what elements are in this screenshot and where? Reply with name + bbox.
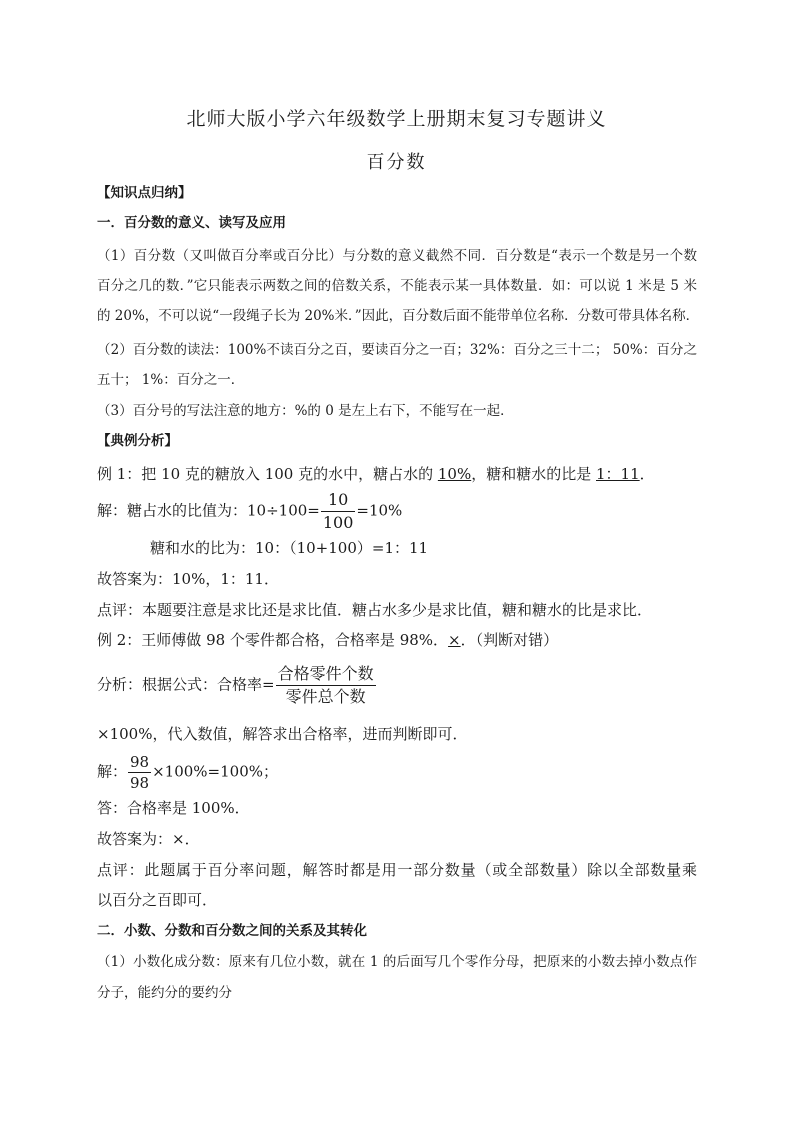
fraction-denominator: 100 [321, 512, 356, 534]
example-2-text-pre: 例 2：王师傅做 98 个零件都合格，合格率是 98%． [97, 631, 448, 649]
example-1-answer-2: 1：11 [596, 465, 640, 483]
section-2-paragraph-line-1: （1）小数化成分数：原来有几位小数，就在 1 的后面写几个零作分母，把原来的小数… [97, 952, 697, 972]
example-2-analysis-line-2: ×100%，代入数值，解答求出合格率，进而判断即可． [97, 724, 467, 744]
fraction-numerator: 98 [128, 752, 151, 773]
example-1-answer-1: 10% [438, 465, 471, 483]
fraction-denominator: 98 [128, 773, 151, 793]
example-1-question: 例 1：把 10 克的糖放入 100 克的水中，糖占水的 10%，糖和糖水的比是… [97, 464, 655, 484]
example-1-text-pre: 例 1：把 10 克的糖放入 100 克的水中，糖占水的 [97, 465, 438, 483]
example-2-answer-line: 答：合格率是 100%． [97, 798, 250, 818]
document-subtitle: 百分数 [0, 148, 793, 174]
fraction-pass-rate-formula: 合格零件个数零件总个数 [276, 663, 376, 708]
example-1-text-end: ． [640, 465, 655, 483]
example-2-solution-post: ×100%=100%； [152, 763, 278, 781]
paragraph-2-line-2: 五十； 1%：百分之一． [97, 370, 244, 390]
example-2-analysis: 分析：根据公式：合格率=合格零件个数零件总个数 [97, 663, 377, 708]
example-2-comment-line-1: 点评：此题属于百分率问题，解答时都是用一部分数量（或全部数量）除以全部数量乘 [97, 860, 697, 880]
document-title: 北师大版小学六年级数学上册期末复习专题讲义 [0, 104, 793, 131]
example-2-analysis-pre: 分析：根据公式：合格率= [97, 676, 275, 694]
example-1-comment: 点评：本题要注意是求比还是求比值．糖占水多少是求比值，糖和糖水的比是求比． [97, 600, 652, 620]
section-1-heading: 一．百分数的意义、读写及应用 [97, 213, 286, 233]
example-2-question: 例 2：王师傅做 98 个零件都合格，合格率是 98%．×．（判断对错） [97, 630, 558, 650]
example-2-solution: 解：9898×100%=100%； [97, 752, 278, 793]
example-2-final-answer: 故答案为：×． [97, 829, 200, 849]
fraction-10-over-100: 10100 [321, 489, 356, 534]
example-2-comment-line-2: 以百分之百即可． [97, 890, 217, 910]
example-2-solution-pre: 解： [97, 763, 127, 781]
section-2-paragraph-line-2: 分子，能约分的要约分 [97, 983, 232, 1003]
example-1-solution: 解：糖占水的比值为：10÷100=10100=10% [97, 489, 402, 534]
fraction-numerator: 10 [321, 489, 356, 512]
fraction-numerator: 合格零件个数 [276, 663, 376, 686]
example-1-text-mid: ，糖和糖水的比是 [471, 465, 596, 483]
example-1-answer-line: 故答案为：10%，1：11． [97, 569, 279, 589]
example-1-solution-line-2: 糖和水的比为：10：（10+100）=1：11 [150, 538, 428, 558]
paragraph-3: （3）百分号的写法注意的地方：%的 0 是左上右下，不能写在一起． [97, 401, 514, 421]
example-1-solution-post: =10% [356, 502, 402, 520]
knowledge-header: 【知识点归纳】 [97, 183, 192, 203]
example-1-solution-pre: 解：糖占水的比值为：10÷100= [97, 502, 320, 520]
fraction-denominator: 零件总个数 [276, 686, 376, 708]
section-2-heading: 二．小数、分数和百分数之间的关系及其转化 [97, 921, 367, 941]
paragraph-1-line-2: 百分之几的数．”它只能表示两数之间的倍数关系，不能表示某一具体数量．如：可以说 … [97, 276, 697, 296]
document-page: 北师大版小学六年级数学上册期末复习专题讲义 百分数 【知识点归纳】 一．百分数的… [0, 0, 793, 1122]
example-2-answer: × [448, 631, 461, 649]
paragraph-2-line-1: （2）百分数的读法：100%不读百分之百，要读百分之一百；32%：百分之三十二；… [97, 340, 697, 360]
fraction-98-over-98: 9898 [128, 752, 151, 793]
example-2-text-end: ．（判断对错） [461, 631, 559, 649]
paragraph-1-line-1: （1）百分数（又叫做百分率或百分比）与分数的意义截然不同．百分数是“表示一个数是… [97, 246, 697, 266]
examples-header: 【典例分析】 [97, 431, 178, 451]
paragraph-1-line-3: 的 20%，不可以说“一段绳子长为 20%米．”因此，百分数后面不能带单位名称．… [97, 306, 697, 326]
